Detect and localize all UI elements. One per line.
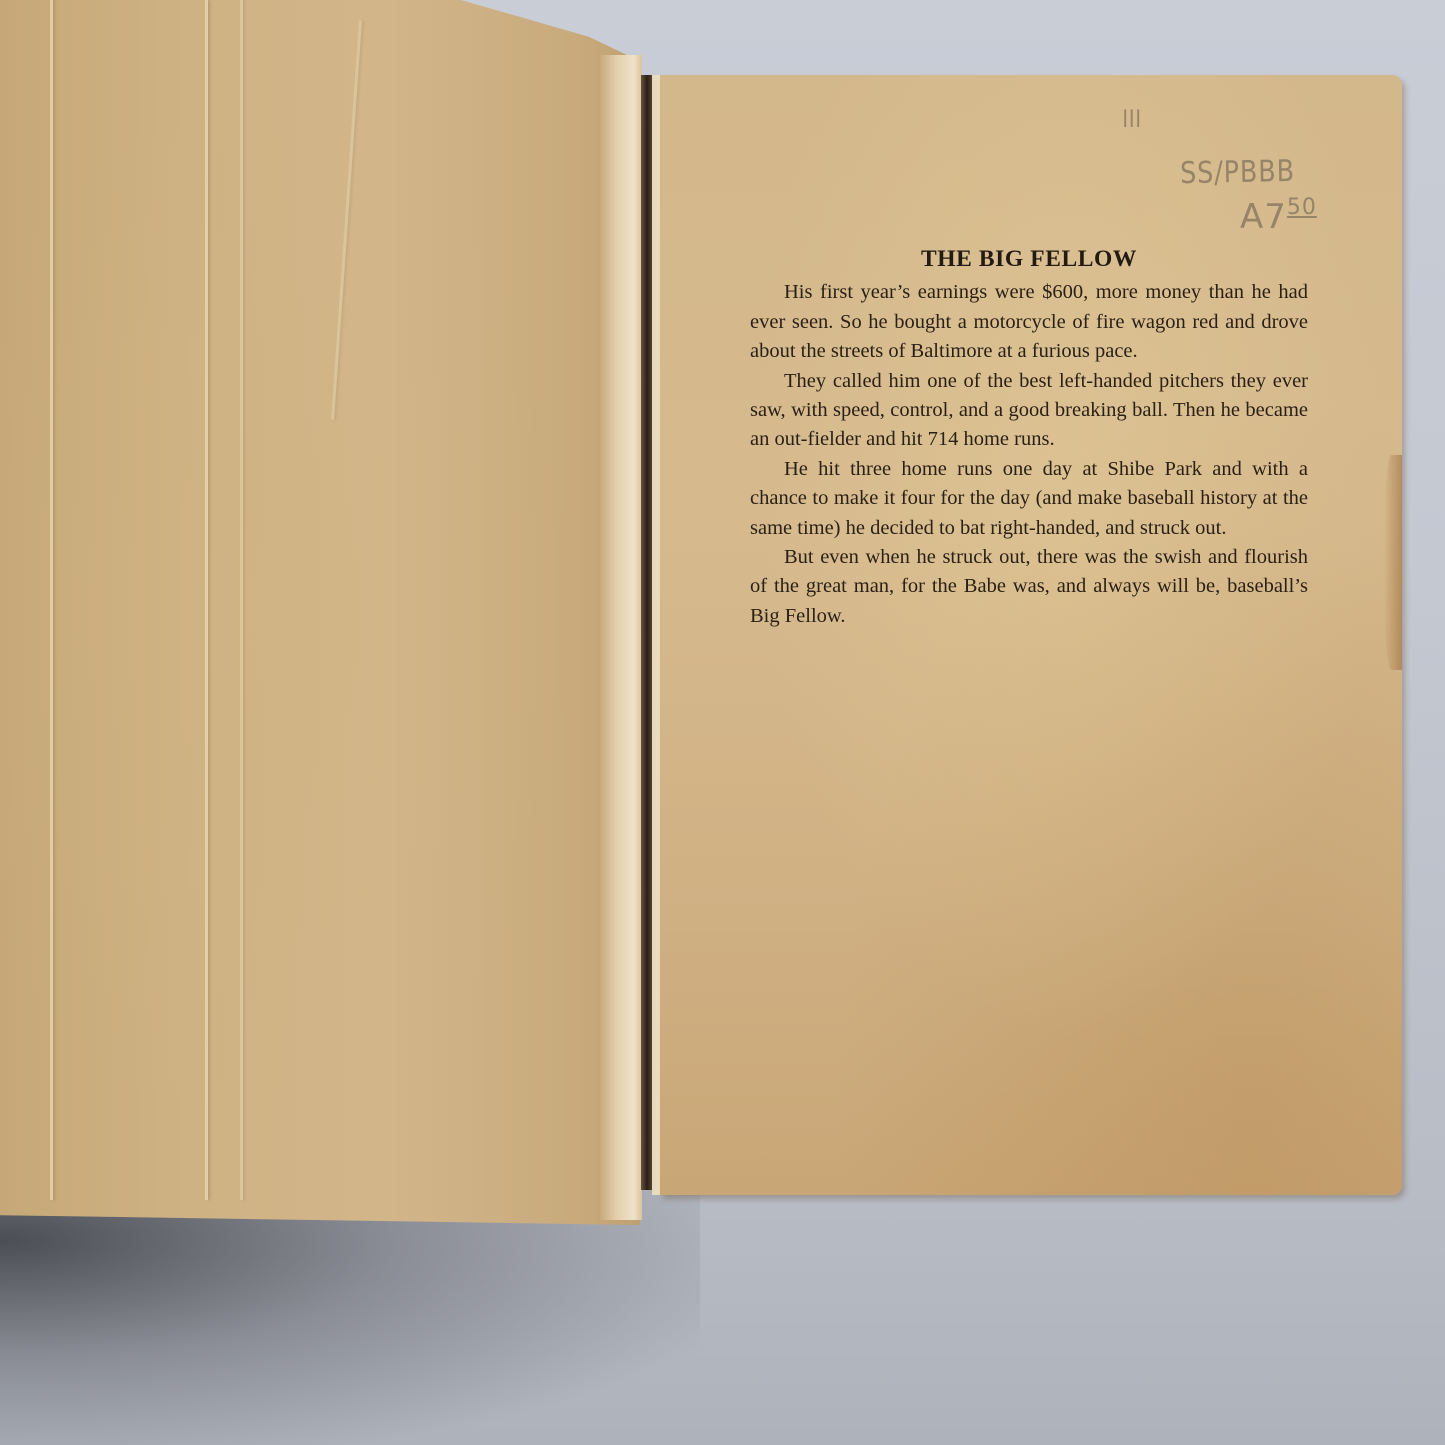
page-crease: [50, 0, 53, 1200]
page-crease: [240, 0, 243, 1200]
paragraph: They called him one of the best left-han…: [750, 367, 1308, 455]
pencil-note-number: III: [1122, 105, 1141, 133]
page-crease: [205, 0, 208, 1200]
pencil-note-price: A750: [1240, 195, 1317, 237]
page-crease: [331, 20, 362, 419]
price-main: A7: [1240, 197, 1287, 237]
paragraph: But even when he struck out, there was t…: [750, 543, 1308, 631]
right-page: III SS/PBBB A750 THE BIG FELLOW His firs…: [660, 75, 1402, 1195]
page-title: THE BIG FELLOW: [750, 245, 1308, 274]
left-gutter: [600, 55, 642, 1220]
pencil-note-code: SS/PBBB: [1180, 154, 1295, 191]
page-stain: [1384, 455, 1402, 670]
price-cents: 50: [1287, 195, 1317, 220]
paragraph: He hit three home runs one day at Shibe …: [750, 455, 1308, 543]
paragraph: His first year’s earnings were $600, mor…: [750, 278, 1308, 366]
left-page: [0, 0, 640, 1225]
shadow: [0, 1190, 700, 1445]
page-text: THE BIG FELLOW His first year’s earnings…: [750, 245, 1308, 631]
